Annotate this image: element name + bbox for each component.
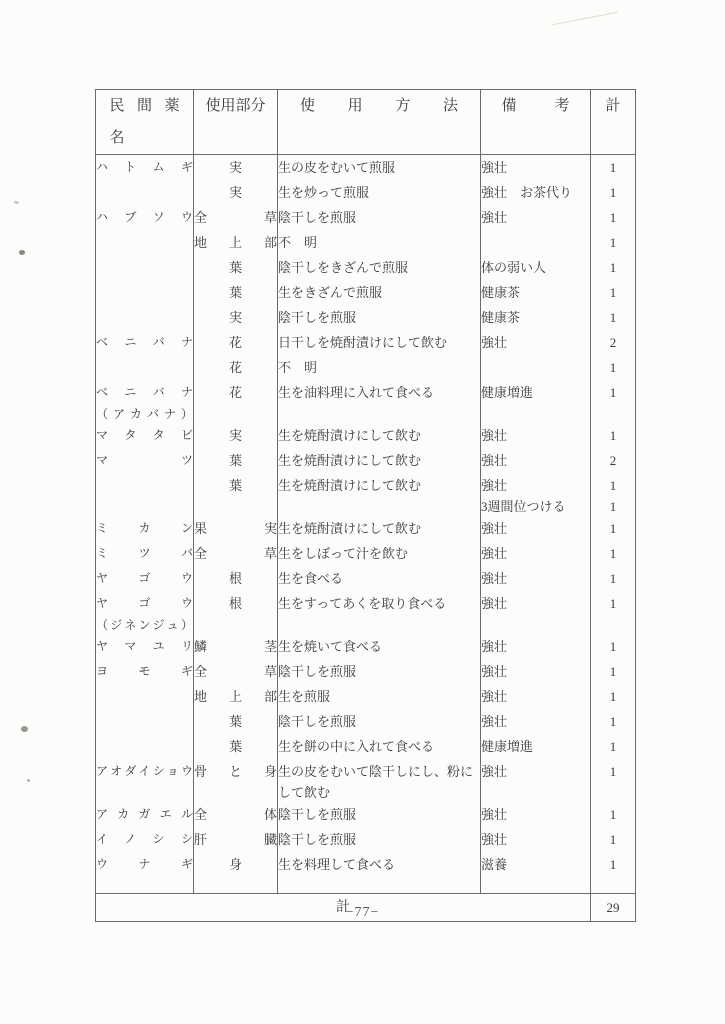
note-text: 3週間位つける [481,498,590,516]
cell-note: 強壮 [481,516,591,541]
count-text: 1 [591,498,635,516]
cell-count: 1 [591,180,636,205]
cell-count: 1 [591,734,636,759]
name-text: アカガエル [96,802,193,827]
cell-count: 1 [591,541,636,566]
cell-name: ハトムギ [96,155,194,181]
page-number: −77− [0,905,725,921]
cell-part: 花 [194,355,278,380]
count-text: 1 [591,180,635,205]
cell-count: 1 [591,566,636,591]
table-row: 地上部不 明1 [96,230,636,255]
count-text: 1 [591,634,635,659]
cell-method: 生を焼酎漬けにして飲む [278,473,481,516]
part-text: 葉 [194,280,277,305]
name-text: ハブソウ [96,205,193,230]
cell-name [96,734,194,759]
method-text: 生を煎服 [278,684,480,709]
cell-count: 1 [591,205,636,230]
table-header: 民 間 薬 名 使用部分 使 用 方 法 備 考 計 [96,90,636,155]
table-row: ヤゴウ（ジネンジュ）根生をすってあくを取り食べる強壮1 [96,591,636,634]
spacer-cell [481,877,591,894]
cell-name [96,355,194,380]
count-text: 1 [591,541,635,566]
table-row: 葉陰干しを煎服強壮1 [96,709,636,734]
cell-note: 強壮 お茶代り [481,180,591,205]
cell-count: 1 [591,305,636,330]
method-text: 生をきざんで煎服 [278,280,480,305]
name-text: ヤゴウ [96,566,193,591]
cell-count: 1 [591,155,636,181]
cell-count: 1 [591,355,636,380]
cell-count: 1 [591,280,636,305]
table-row: 花不 明1 [96,355,636,380]
cell-count: 1 [591,255,636,280]
cell-note: 健康茶 [481,280,591,305]
note-text: 強壮 [481,205,590,230]
cell-part: 葉 [194,709,278,734]
cell-part: 全草 [194,541,278,566]
cell-method: 生を食べる [278,566,481,591]
cell-name: ヤマユリ [96,634,194,659]
cell-count: 1 [591,634,636,659]
note-text: 強壮 [481,541,590,566]
count-text: 1 [591,709,635,734]
count-text: 1 [591,659,635,684]
cell-note: 強壮 [481,634,591,659]
cell-method: 陰干しを煎服 [278,305,481,330]
name-text: ベニバナ [96,330,193,355]
cell-note: 健康茶 [481,305,591,330]
column-header-count: 計 [591,90,636,155]
cell-part: 身 [194,852,278,877]
table-row: ミツバ全草生をしぼって汁を飲む強壮1 [96,541,636,566]
note-text: 強壮 [481,591,590,616]
cell-note: 強壮 [481,802,591,827]
note-text: 強壮 お茶代り [481,180,590,205]
cell-name: イノシシ [96,827,194,852]
method-text: 生をしぼって汁を飲む [278,541,480,566]
count-text: 1 [591,280,635,305]
part-text: 全草 [194,205,277,230]
table-row: ベニバナ花日干しを焼酎漬けにして飲む強壮2 [96,330,636,355]
part-text: 根 [194,591,277,616]
cell-part: 実 [194,305,278,330]
cell-name: マタタビ [96,423,194,448]
column-header-method: 使 用 方 法 [278,90,481,155]
cell-method: 日干しを焼酎漬けにして飲む [278,330,481,355]
cell-part: 実 [194,423,278,448]
table-spacer [96,877,636,894]
table-row: ハブソウ全草陰干しを煎服強壮1 [96,205,636,230]
count-text: 1 [591,380,635,405]
cell-method: 陰干しを煎服 [278,709,481,734]
scan-speck [21,726,28,732]
cell-note: 強壮 [481,591,591,634]
method-text: 陰干しを煎服 [278,709,480,734]
cell-name [96,180,194,205]
cell-part: 実 [194,180,278,205]
column-header-note-label: 備 考 [502,90,570,122]
method-text: 陰干しを煎服 [278,205,480,230]
method-text: 生を焼酎漬けにして飲む [278,473,480,498]
count-text: 1 [591,473,635,498]
cell-count: 2 [591,330,636,355]
cell-name: ミツバ [96,541,194,566]
cell-method: 生をすってあくを取り食べる [278,591,481,634]
cell-part: 花 [194,380,278,423]
cell-method: 生を油料理に入れて食べる [278,380,481,423]
cell-method: 不 明 [278,355,481,380]
cell-name [96,280,194,305]
cell-part: 骨と身 [194,759,278,802]
cell-note: 強壮 [481,423,591,448]
cell-part: 根 [194,566,278,591]
scan-speck [19,250,25,255]
column-header-name-label: 民 間 薬 名 [110,90,180,154]
spacer-cell [591,877,636,894]
name-text: （ジネンジュ） [96,616,193,634]
count-text: 1 [591,734,635,759]
cell-note: 強壮 [481,541,591,566]
cell-method: 不 明 [278,230,481,255]
count-text: 1 [591,423,635,448]
cell-name [96,709,194,734]
table-row: マタタビ実生を焼酎漬けにして飲む強壮1 [96,423,636,448]
part-text: 葉 [194,473,277,498]
cell-name: アカガエル [96,802,194,827]
part-text: 葉 [194,709,277,734]
table-row: 葉生を焼酎漬けにして飲む強壮3週間位つける11 [96,473,636,516]
table-row: 地上部生を煎服強壮1 [96,684,636,709]
cell-note: 滋養 [481,852,591,877]
cell-method: 生をきざんで煎服 [278,280,481,305]
note-text: 強壮 [481,423,590,448]
count-text: 1 [591,305,635,330]
method-text: 生を炒って煎服 [278,180,480,205]
note-text: 健康増進 [481,380,590,405]
note-text: 強壮 [481,516,590,541]
method-text: 不 明 [278,230,480,255]
table-row: ウナギ身生を料理して食べる滋養1 [96,852,636,877]
note-text: 強壮 [481,448,590,473]
cell-part: 肝臓 [194,827,278,852]
method-text: して飲む [278,784,480,802]
cell-part: 葉 [194,280,278,305]
part-text: 葉 [194,255,277,280]
column-header-note: 備 考 [481,90,591,155]
name-text: アオダイショウ [96,759,193,784]
cell-method: 陰干しを煎服 [278,802,481,827]
name-text: ウナギ [96,852,193,877]
part-text: 根 [194,566,277,591]
method-text: 生を料理して食べる [278,852,480,877]
count-text: 1 [591,516,635,541]
cell-method: 生を焼酎漬けにして飲む [278,516,481,541]
cell-part: 全体 [194,802,278,827]
cell-count: 1 [591,684,636,709]
method-text: 生を焼酎漬けにして飲む [278,516,480,541]
part-text: 実 [194,305,277,330]
cell-name: ミカン [96,516,194,541]
cell-note: 健康増進 [481,734,591,759]
table-row: イノシシ肝臓陰干しを煎服強壮1 [96,827,636,852]
table-row: ミカン果実生を焼酎漬けにして飲む強壮1 [96,516,636,541]
cell-name [96,230,194,255]
name-text: ベニバナ [96,380,193,405]
note-text: 体の弱い人 [481,255,590,280]
cell-part: 全草 [194,659,278,684]
table-row: ヤマユリ鱗茎生を焼いて食べる強壮1 [96,634,636,659]
cell-method: 生の皮をむいて煎服 [278,155,481,181]
cell-method: 陰干しを煎服 [278,827,481,852]
cell-note: 強壮 [481,155,591,181]
cell-part: 葉 [194,734,278,759]
cell-name: ハブソウ [96,205,194,230]
cell-count: 2 [591,448,636,473]
part-text: 葉 [194,734,277,759]
name-text: ミツバ [96,541,193,566]
part-text: 地上部 [194,230,277,255]
method-text: 陰干しを煎服 [278,659,480,684]
part-text: 全草 [194,541,277,566]
cell-note: 強壮 [481,205,591,230]
cell-method: 生を焼酎漬けにして飲む [278,423,481,448]
method-text: 生を油料理に入れて食べる [278,380,480,405]
name-text: ヨモギ [96,659,193,684]
cell-name: ベニバナ [96,330,194,355]
count-text: 1 [591,852,635,877]
count-text: 2 [591,330,635,355]
cell-method: 陰干しを煎服 [278,659,481,684]
spacer-cell [96,877,194,894]
count-text: 1 [591,759,635,784]
spacer-row [96,877,636,894]
cell-note: 強壮 [481,827,591,852]
cell-method: 生を焼酎漬けにして飲む [278,448,481,473]
cell-part: 地上部 [194,230,278,255]
count-text: 1 [591,684,635,709]
cell-count: 1 [591,827,636,852]
count-text: 1 [591,591,635,616]
count-text: 1 [591,355,635,380]
cell-method: 生を餅の中に入れて食べる [278,734,481,759]
header-row: 民 間 薬 名 使用部分 使 用 方 法 備 考 計 [96,90,636,155]
name-text: ミカン [96,516,193,541]
cell-part: 全草 [194,205,278,230]
table-row: ヨモギ全草陰干しを煎服強壮1 [96,659,636,684]
part-text: 花 [194,355,277,380]
cell-name [96,305,194,330]
cell-name: ヨモギ [96,659,194,684]
cell-method: 生を炒って煎服 [278,180,481,205]
cell-method: 生を煎服 [278,684,481,709]
table-row: アカガエル全体陰干しを煎服強壮1 [96,802,636,827]
column-header-count-label: 計 [605,98,620,114]
document-page: 民 間 薬 名 使用部分 使 用 方 法 備 考 計 ハトムギ実生の皮をむいて煎… [0,0,725,1024]
scan-speck [14,200,20,205]
cell-part: 果実 [194,516,278,541]
method-text: 陰干しを煎服 [278,802,480,827]
cell-note: 強壮 [481,759,591,802]
cell-note: 強壮 [481,709,591,734]
folk-medicine-table: 民 間 薬 名 使用部分 使 用 方 法 備 考 計 ハトムギ実生の皮をむいて煎… [95,89,636,922]
cell-method: 生を焼いて食べる [278,634,481,659]
part-text: 全草 [194,659,277,684]
note-text: 滋養 [481,852,590,877]
note-text: 強壮 [481,634,590,659]
table-row: 実生を炒って煎服強壮 お茶代り1 [96,180,636,205]
name-text: ヤゴウ [96,591,193,616]
method-text: 日干しを焼酎漬けにして飲む [278,330,480,355]
note-text: 強壮 [481,473,590,498]
cell-count: 1 [591,423,636,448]
name-text: ヤマユリ [96,634,193,659]
method-text: 生を食べる [278,566,480,591]
cell-note: 健康増進 [481,380,591,423]
count-text: 2 [591,448,635,473]
cell-note: 強壮 [481,330,591,355]
note-text: 強壮 [481,330,590,355]
part-text: 骨と身 [194,759,277,784]
table-body: ハトムギ実生の皮をむいて煎服強壮1実生を炒って煎服強壮 お茶代り1ハブソウ全草陰… [96,155,636,878]
cell-count: 1 [591,759,636,802]
cell-note: 強壮 [481,566,591,591]
cell-note [481,230,591,255]
cell-name: ウナギ [96,852,194,877]
note-text: 健康茶 [481,280,590,305]
cell-part: 実 [194,155,278,181]
spacer-cell [194,877,278,894]
cell-count: 1 [591,516,636,541]
cell-part: 鱗茎 [194,634,278,659]
cell-note: 強壮3週間位つける [481,473,591,516]
count-text: 1 [591,205,635,230]
count-text: 1 [591,566,635,591]
cell-note: 強壮 [481,659,591,684]
method-text: 生を餅の中に入れて食べる [278,734,480,759]
method-text: 生を焼いて食べる [278,634,480,659]
table-row: 葉生をきざんで煎服健康茶1 [96,280,636,305]
column-header-part: 使用部分 [194,90,278,155]
cell-count: 1 [591,591,636,634]
note-text: 強壮 [481,709,590,734]
cell-part: 根 [194,591,278,634]
note-text: 強壮 [481,659,590,684]
note-text: 健康茶 [481,305,590,330]
cell-count: 1 [591,230,636,255]
name-text: マツ [96,448,193,473]
column-header-method-label: 使 用 方 法 [300,90,458,122]
cell-name: ベニバナ（アカバナ） [96,380,194,423]
name-text: ハトムギ [96,155,193,180]
table-row: ハトムギ実生の皮をむいて煎服強壮1 [96,155,636,181]
part-text: 鱗茎 [194,634,277,659]
scan-speck [27,779,30,782]
cell-name: ヤゴウ（ジネンジュ） [96,591,194,634]
method-text: 陰干しをきざんで煎服 [278,255,480,280]
method-text: 生の皮をむいて煎服 [278,155,480,180]
part-text: 実 [194,180,277,205]
cell-part: 地上部 [194,684,278,709]
table-row: ベニバナ（アカバナ）花生を油料理に入れて食べる健康増進1 [96,380,636,423]
note-text: 強壮 [481,759,590,784]
spacer-cell [278,877,481,894]
cell-name: マツ [96,448,194,473]
cell-name [96,684,194,709]
table-row: ヤゴウ根生を食べる強壮1 [96,566,636,591]
count-text: 1 [591,230,635,255]
scan-streak [553,12,618,26]
count-text: 1 [591,827,635,852]
table-row: 葉生を餅の中に入れて食べる健康増進1 [96,734,636,759]
note-text: 強壮 [481,684,590,709]
table-row: 葉陰干しをきざんで煎服体の弱い人1 [96,255,636,280]
cell-count: 1 [591,802,636,827]
note-text: 強壮 [481,802,590,827]
cell-method: 陰干しを煎服 [278,205,481,230]
cell-note [481,355,591,380]
part-text: 身 [194,852,277,877]
cell-part: 葉 [194,255,278,280]
name-text: イノシシ [96,827,193,852]
cell-count: 1 [591,852,636,877]
method-text: 不 明 [278,355,480,380]
method-text: 生の皮をむいて陰干しにし、粉に [278,759,480,784]
part-text: 花 [194,380,277,405]
cell-part: 花 [194,330,278,355]
cell-part: 葉 [194,448,278,473]
part-text: 葉 [194,448,277,473]
cell-name: ヤゴウ [96,566,194,591]
table-row: アオダイショウ骨と身生の皮をむいて陰干しにし、粉にして飲む強壮1 [96,759,636,802]
table-row: マツ葉生を焼酎漬けにして飲む強壮2 [96,448,636,473]
part-text: 花 [194,330,277,355]
cell-note: 強壮 [481,684,591,709]
cell-count: 11 [591,473,636,516]
cell-count: 1 [591,709,636,734]
cell-count: 1 [591,659,636,684]
note-text: 健康増進 [481,734,590,759]
note-text: 強壮 [481,566,590,591]
cell-count: 1 [591,380,636,423]
count-text: 1 [591,802,635,827]
cell-part: 葉 [194,473,278,516]
cell-method: 陰干しをきざんで煎服 [278,255,481,280]
method-text: 生をすってあくを取り食べる [278,591,480,616]
cell-name [96,255,194,280]
method-text: 陰干しを煎服 [278,827,480,852]
cell-name [96,473,194,516]
part-text: 地上部 [194,684,277,709]
part-text: 果実 [194,516,277,541]
name-text: （アカバナ） [96,405,193,423]
cell-note: 体の弱い人 [481,255,591,280]
count-text: 1 [591,155,635,180]
count-text: 1 [591,255,635,280]
method-text: 生を焼酎漬けにして飲む [278,448,480,473]
cell-name: アオダイショウ [96,759,194,802]
column-header-name: 民 間 薬 名 [96,90,194,155]
table-row: 実陰干しを煎服健康茶1 [96,305,636,330]
cell-method: 生をしぼって汁を飲む [278,541,481,566]
note-text: 強壮 [481,155,590,180]
name-text: マタタビ [96,423,193,448]
part-text: 全体 [194,802,277,827]
cell-method: 生の皮をむいて陰干しにし、粉にして飲む [278,759,481,802]
column-header-part-label: 使用部分 [205,98,265,114]
method-text: 陰干しを煎服 [278,305,480,330]
